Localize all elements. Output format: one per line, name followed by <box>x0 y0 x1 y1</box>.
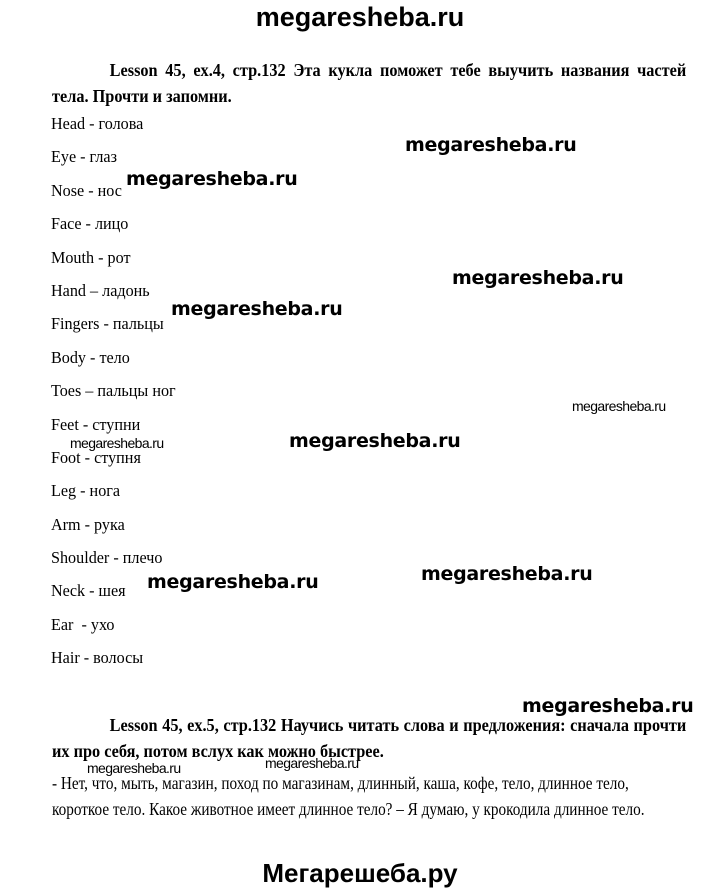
vocabulary-item: Hair - волосы <box>51 647 176 680</box>
exercise-5-heading-text: Lesson 45, ex.5, стр.132 Научись читать … <box>52 715 686 761</box>
vocabulary-item: Fingers - пальцы <box>51 313 176 346</box>
watermark: megaresheba.ru <box>421 563 592 585</box>
vocabulary-item: Foot - ступня <box>51 447 176 480</box>
watermark: megaresheba.ru <box>147 571 318 593</box>
exercise-5-heading: Lesson 45, ex.5, стр.132 Научись читать … <box>52 712 686 764</box>
vocabulary-item: Toes – пальцы ног <box>51 380 176 413</box>
watermark: megaresheba.ru <box>405 134 576 156</box>
watermark: megaresheba.ru <box>87 760 181 776</box>
vocabulary-item: Ear - ухо <box>51 614 176 647</box>
vocabulary-list: Head - голова Eye - глаз Nose - нос Face… <box>51 113 182 681</box>
exercise-5-text: - Нет, что, мыть, магазин, поход по мага… <box>52 770 687 822</box>
vocabulary-item: Leg - нога <box>51 480 176 513</box>
vocabulary-item: Head - голова <box>51 113 176 146</box>
site-brand-footer: Мегарешеба.ру <box>0 858 720 889</box>
watermark: megaresheba.ru <box>126 168 297 190</box>
watermark: megaresheba.ru <box>452 267 623 289</box>
vocabulary-item: Mouth - рот <box>51 247 176 280</box>
site-brand-header: megaresheba.ru <box>0 2 720 33</box>
watermark: megaresheba.ru <box>171 298 342 320</box>
watermark: megaresheba.ru <box>70 435 164 451</box>
vocabulary-item: Arm - рука <box>51 514 176 547</box>
vocabulary-item: Body - тело <box>51 347 176 380</box>
watermark: megaresheba.ru <box>522 695 693 717</box>
exercise-4-heading: Lesson 45, ex.4, стр.132 Эта кукла помож… <box>52 57 686 109</box>
watermark: megaresheba.ru <box>289 430 460 452</box>
watermark: megaresheba.ru <box>265 755 359 771</box>
exercise-4-heading-text: Lesson 45, ex.4, стр.132 Эта кукла помож… <box>52 60 686 106</box>
vocabulary-item: Face - лицо <box>51 213 176 246</box>
watermark: megaresheba.ru <box>572 398 666 414</box>
vocabulary-item: Hand – ладонь <box>51 280 176 313</box>
